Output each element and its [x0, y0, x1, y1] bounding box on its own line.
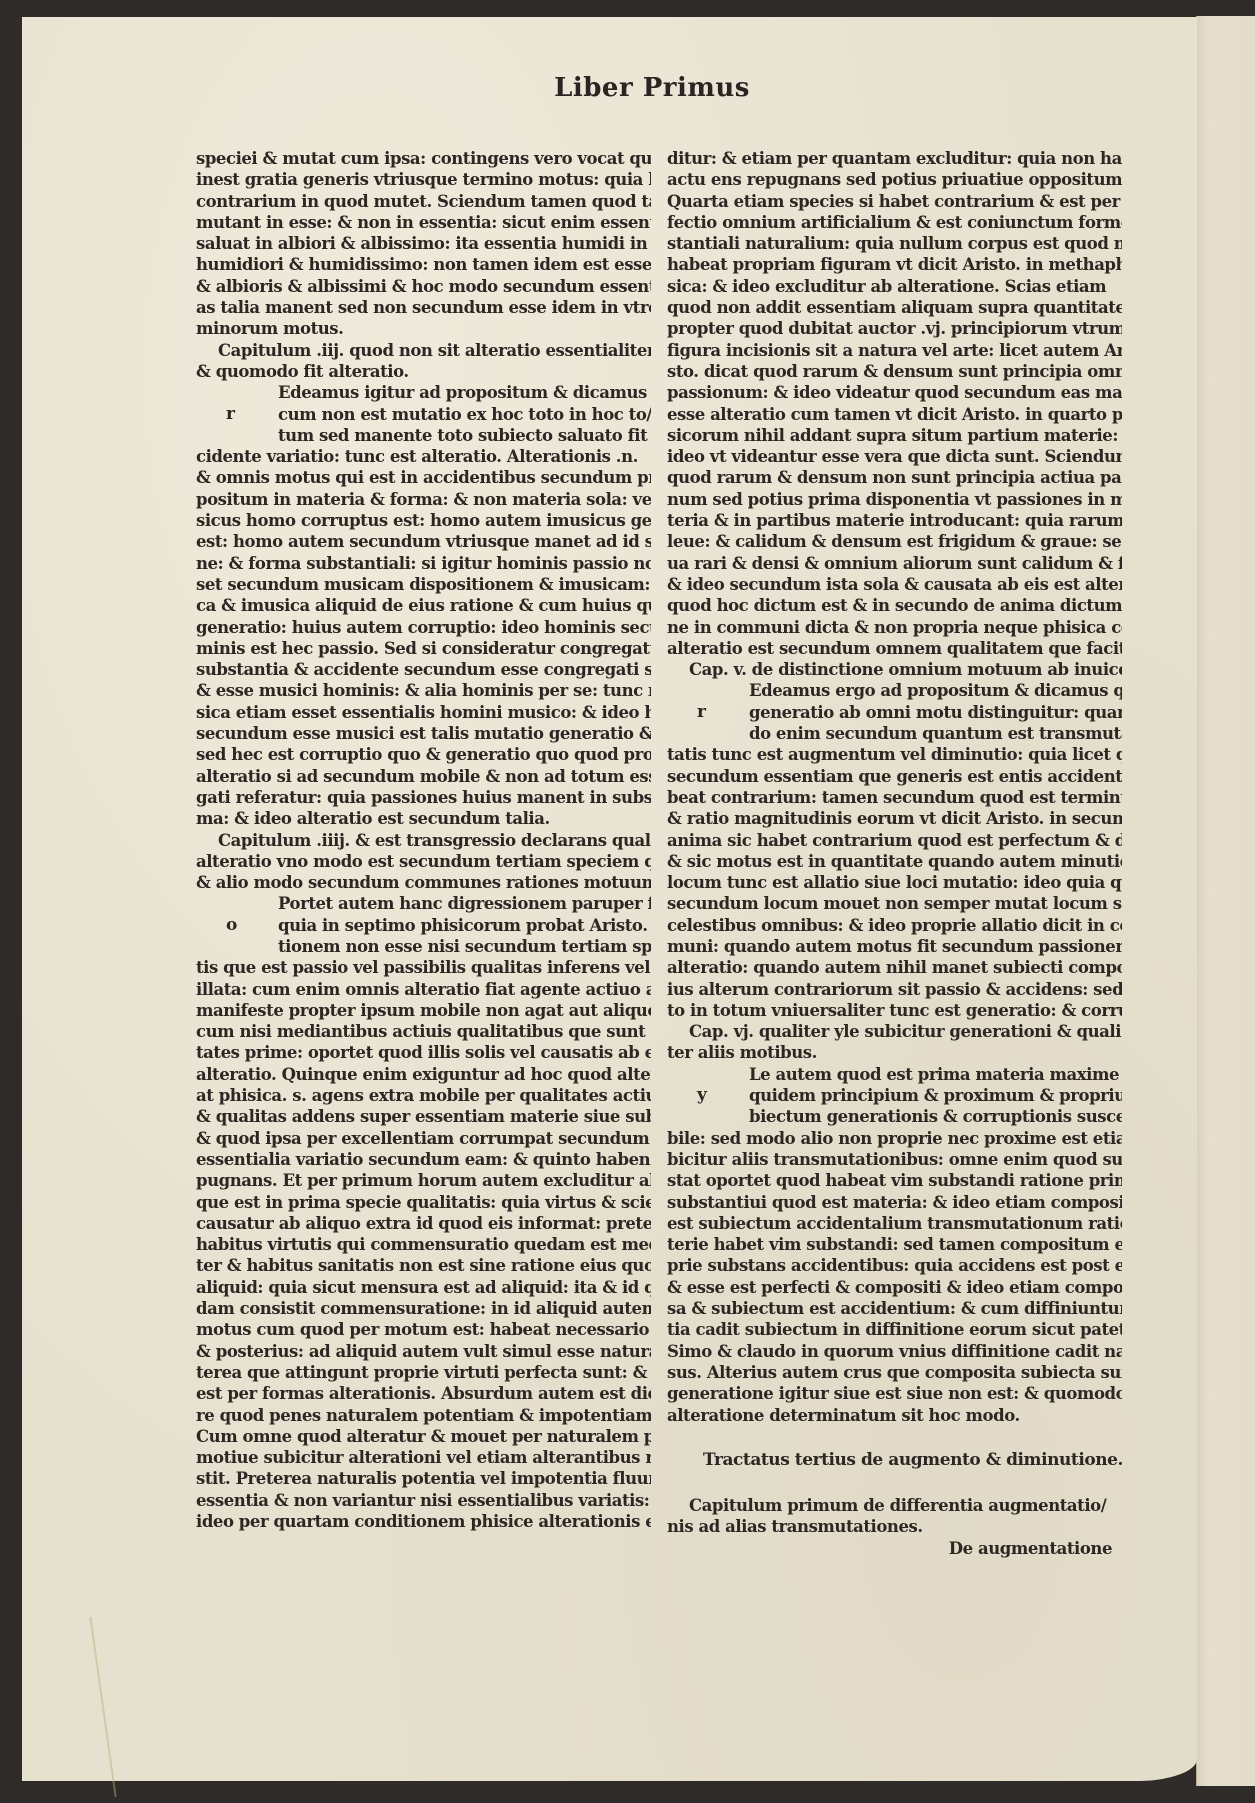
- text-line: & quod ipsa per excellentiam corrumpat s…: [196, 1128, 651, 1149]
- guide-letter: r: [226, 404, 235, 425]
- text-line: & omnis motus qui est in accidentibus se…: [196, 467, 651, 488]
- guide-letter: o: [226, 915, 237, 936]
- text-line: anima sic habet contrarium quod est perf…: [667, 830, 1122, 851]
- text-line: Le autem quod est prima materia maxime: [667, 1064, 1122, 1085]
- text-line: est per formas alterationis. Absurdum au…: [196, 1383, 651, 1404]
- text-line: terie habet vim substandi: sed tamen com…: [667, 1234, 1122, 1255]
- right-text-column: ditur: & etiam per quantam excluditur: q…: [667, 148, 1122, 1559]
- text-line: Simo & claudo in quorum vnius diffinitio…: [667, 1341, 1122, 1362]
- chapter-heading: Capitulum .iij. quod non sit alteratio e…: [196, 340, 651, 361]
- text-line: tatis tunc est augmentum vel diminutio: …: [667, 744, 1122, 765]
- text-line: stit. Preterea naturalis potentia vel im…: [196, 1468, 651, 1489]
- catchword: De augmentatione: [667, 1538, 1122, 1559]
- text-line: alteratione determinatum sit hoc modo.: [667, 1405, 1122, 1426]
- text-line: dam consistit commensuratione: in id ali…: [196, 1298, 651, 1319]
- text-line: esse alteratio cum tamen vt dicit Aristo…: [667, 404, 1122, 425]
- text-line: quod rarum & densum non sunt principia a…: [667, 467, 1122, 488]
- text-line: stat oportet quod habeat vim substandi r…: [667, 1170, 1122, 1191]
- text-line: figura incisionis sit a natura vel arte:…: [667, 340, 1122, 361]
- text-line: minis est hec passio. Sed si consideratu…: [196, 638, 651, 659]
- text-line: contrarium in quod mutet. Sciendum tamen…: [196, 191, 651, 212]
- text-line: quia in septimo phisicorum probat Aristo…: [196, 915, 651, 936]
- text-line: secundum esse musici est talis mutatio g…: [196, 723, 651, 744]
- text-line: motus cum quod per motum est: habeat nec…: [196, 1319, 651, 1340]
- text-line: & posterius: ad aliquid autem vult simul…: [196, 1341, 651, 1362]
- text-line: ius alterum contrariorum sit passio & ac…: [667, 979, 1122, 1000]
- text-line: biectum generationis & corruptionis susc…: [667, 1106, 1122, 1127]
- text-line: alteratio vno modo est secundum tertiam …: [196, 851, 651, 872]
- spacer: [667, 1471, 1122, 1495]
- text-line: bile: sed modo alio non proprie nec prox…: [667, 1128, 1122, 1149]
- text-line: prie substans accidentibus: quia acciden…: [667, 1255, 1122, 1276]
- text-line: alteratio. Quinque enim exiguntur ad hoc…: [196, 1064, 651, 1085]
- text-line: & esse musici hominis: & alia hominis pe…: [196, 680, 651, 701]
- text-line: habeat propriam figuram vt dicit Aristo.…: [667, 254, 1122, 275]
- text-line: ter aliis motibus.: [667, 1042, 1122, 1063]
- text-line: illata: cum enim omnis alteratio fiat ag…: [196, 979, 651, 1000]
- text-line: essentia & non variantur nisi essentiali…: [196, 1490, 651, 1511]
- text-line: habitus virtutis qui commensuratio queda…: [196, 1234, 651, 1255]
- text-line: est: homo autem secundum vtriusque manet…: [196, 531, 651, 552]
- text-line: sica: & ideo excluditur ab alteratione. …: [667, 276, 1122, 297]
- text-line: tionem non esse nisi secundum tertiam sp…: [196, 936, 651, 957]
- left-text-column: speciei & mutat cum ipsa: contingens ver…: [196, 148, 651, 1532]
- text-line: alteratio si ad secundum mobile & non ad…: [196, 766, 651, 787]
- text-line: est subiectum accidentalium transmutatio…: [667, 1213, 1122, 1234]
- text-line: tia cadit subiectum in diffinitione eoru…: [667, 1319, 1122, 1340]
- page-tear-mark: [89, 1617, 146, 1797]
- text-line: Cum omne quod alteratur & mouet per natu…: [196, 1426, 651, 1447]
- text-line: set secundum musicam dispositionem & imu…: [196, 574, 651, 595]
- text-line: terea que attingunt proprie virtuti perf…: [196, 1362, 651, 1383]
- text-line: & alio modo secundum communes rationes m…: [196, 872, 651, 893]
- text-line: ca & imusica aliquid de eius ratione & c…: [196, 595, 651, 616]
- text-line: sicorum nihil addant supra situm partium…: [667, 425, 1122, 446]
- text-line: causatur ab aliquo extra id quod eis inf…: [196, 1213, 651, 1234]
- text-line: beat contrarium: tamen secundum quod est…: [667, 787, 1122, 808]
- text-line: quod hoc dictum est & in secundo de anim…: [667, 595, 1122, 616]
- text-line: muni: quando autem motus fit secundum pa…: [667, 936, 1122, 957]
- text-line: quod non addit essentiam aliquam supra q…: [667, 297, 1122, 318]
- text-line: que est in prima specie qualitatis: quia…: [196, 1192, 651, 1213]
- text-line: essentialia variatio secundum eam: & qui…: [196, 1149, 651, 1170]
- text-line: ne: & forma substantiali: si igitur homi…: [196, 553, 651, 574]
- text-line: cidente variatio: tunc est alteratio. Al…: [196, 446, 651, 467]
- text-line: tis que est passio vel passibilis qualit…: [196, 957, 651, 978]
- text-line: ideo per quartam conditionem phisice alt…: [196, 1511, 651, 1532]
- chapter-title-line: Capitulum primum de differentia augmenta…: [667, 1495, 1122, 1516]
- text-line: secundum locum mouet non semper mutat lo…: [667, 893, 1122, 914]
- text-line: fectio omnium artificialium & est coniun…: [667, 212, 1122, 233]
- text-line: ne in communi dicta & non propria neque …: [667, 617, 1122, 638]
- text-line: to in totum vniuersaliter tunc est gener…: [667, 1000, 1122, 1021]
- text-line: ideo vt videantur esse vera que dicta su…: [667, 446, 1122, 467]
- text-line: sicus homo corruptus est: homo autem imu…: [196, 510, 651, 531]
- text-line: sto. dicat quod rarum & densum sunt prin…: [667, 361, 1122, 382]
- text-line: ma: & ideo alteratio est secundum talia.: [196, 808, 651, 829]
- text-line: pugnans. Et per primum horum autem exclu…: [196, 1170, 651, 1191]
- text-line: as talia manent sed non secundum esse id…: [196, 297, 651, 318]
- text-line: tates prime: oportet quod illis solis ve…: [196, 1042, 651, 1063]
- text-line: generatio: huius autem corruptio: ideo h…: [196, 617, 651, 638]
- chapter-heading: Cap. vj. qualiter yle subicitur generati…: [667, 1021, 1122, 1042]
- adjacent-page-edge: [1196, 16, 1255, 1786]
- text-line: actu ens repugnans sed potius priuatiue …: [667, 169, 1122, 190]
- text-line: alteratio: quando autem nihil manet subi…: [667, 957, 1122, 978]
- text-line: sed hec est corruptio quo & generatio qu…: [196, 744, 651, 765]
- chapter-heading: Capitulum .iiij. & est transgressio decl…: [196, 830, 651, 851]
- text-line: ua rari & densi & omnium aliorum sunt ca…: [667, 553, 1122, 574]
- text-line: generatio ab omni motu distinguitur: qua…: [667, 702, 1122, 723]
- text-line: re quod penes naturalem potentiam & impo…: [196, 1405, 651, 1426]
- text-line: Edeamus ergo ad propositum & dicamus quo…: [667, 680, 1122, 701]
- text-line: sus. Alterius autem crus que composita s…: [667, 1362, 1122, 1383]
- text-line: substantiui quod est materia: & ideo eti…: [667, 1192, 1122, 1213]
- text-line: & quomodo fit alteratio.: [196, 361, 651, 382]
- text-line: do enim secundum quantum est transmutati…: [667, 723, 1122, 744]
- guide-letter: y: [697, 1085, 706, 1106]
- guide-letter: r: [697, 702, 706, 723]
- spacer: [667, 1426, 1122, 1450]
- text-line: humidiori & humidissimo: non tamen idem …: [196, 254, 651, 275]
- text-line: aliquid: quia sicut mensura est ad aliqu…: [196, 1277, 651, 1298]
- text-line: secundum essentiam que generis est entis…: [667, 766, 1122, 787]
- text-line: cum nisi mediantibus actiuis qualitatibu…: [196, 1021, 651, 1042]
- text-line: motiue subicitur alterationi vel etiam a…: [196, 1447, 651, 1468]
- text-line: & ratio magnitudinis eorum vt dicit Aris…: [667, 808, 1122, 829]
- text-line: generatione igitur siue est siue non est…: [667, 1383, 1122, 1404]
- text-line: alteratio est secundum omnem qualitatem …: [667, 638, 1122, 659]
- text-line: sa & subiectum est accidentium: & cum di…: [667, 1298, 1122, 1319]
- text-line: tum sed manente toto subiecto saluato fi…: [196, 425, 651, 446]
- text-line: & albioris & albissimi & hoc modo secund…: [196, 276, 651, 297]
- text-line: cum non est mutatio ex hoc toto in hoc t…: [196, 404, 651, 425]
- chapter-heading: Cap. v. de distinctione omnium motuum ab…: [667, 659, 1122, 680]
- text-line: quidem principium & proximum & proprium …: [667, 1085, 1122, 1106]
- text-line: ditur: & etiam per quantam excluditur: q…: [667, 148, 1122, 169]
- text-line: sica etiam esset essentialis homini musi…: [196, 702, 651, 723]
- text-line: gati referatur: quia passiones huius man…: [196, 787, 651, 808]
- text-line: substantia & accidente secundum esse con…: [196, 659, 651, 680]
- text-line: & ideo secundum ista sola & causata ab e…: [667, 574, 1122, 595]
- text-line: ter & habitus sanitatis non est sine rat…: [196, 1255, 651, 1276]
- text-line: propter quod dubitat auctor .vj. princip…: [667, 318, 1122, 339]
- text-line: Quarta etiam species si habet contrarium…: [667, 191, 1122, 212]
- text-line: at phisica. s. agens extra mobile per qu…: [196, 1085, 651, 1106]
- text-line: locum tunc est allatio siue loci mutatio…: [667, 872, 1122, 893]
- tractatus-title: Tractatus tertius de augmento & diminuti…: [667, 1450, 1122, 1471]
- text-line: minorum motus.: [196, 318, 651, 339]
- text-line: Portet autem hanc digressionem paruper f…: [196, 893, 651, 914]
- text-line: mutant in esse: & non in essentia: sicut…: [196, 212, 651, 233]
- chapter-title-line: nis ad alias transmutationes.: [667, 1516, 1122, 1537]
- text-line: & esse est perfecti & compositi & ideo e…: [667, 1277, 1122, 1298]
- text-line: teria & in partibus materie introducant:…: [667, 510, 1122, 531]
- text-line: celestibus omnibus: & ideo proprie allat…: [667, 915, 1122, 936]
- running-head: Liber Primus: [552, 73, 752, 103]
- text-line: leue: & calidum & densum est frigidum & …: [667, 531, 1122, 552]
- text-line: manifeste propter ipsum mobile non agat …: [196, 1000, 651, 1021]
- text-line: Edeamus igitur ad propositum & dicamus q…: [196, 382, 651, 403]
- text-line: inest gratia generis vtriusque termino m…: [196, 169, 651, 190]
- text-line: & sic motus est in quantitate quando aut…: [667, 851, 1122, 872]
- text-line: & qualitas addens super essentiam materi…: [196, 1106, 651, 1127]
- text-line: saluat in albiori & albissimo: ita essen…: [196, 233, 651, 254]
- text-line: num sed potius prima disponentia vt pass…: [667, 489, 1122, 510]
- text-line: bicitur aliis transmutationibus: omne en…: [667, 1149, 1122, 1170]
- text-line: speciei & mutat cum ipsa: contingens ver…: [196, 148, 651, 169]
- text-line: stantiali naturalium: quia nullum corpus…: [667, 233, 1122, 254]
- text-line: passionum: & ideo videatur quod secundum…: [667, 382, 1122, 403]
- text-line: positum in materia & forma: & non materi…: [196, 489, 651, 510]
